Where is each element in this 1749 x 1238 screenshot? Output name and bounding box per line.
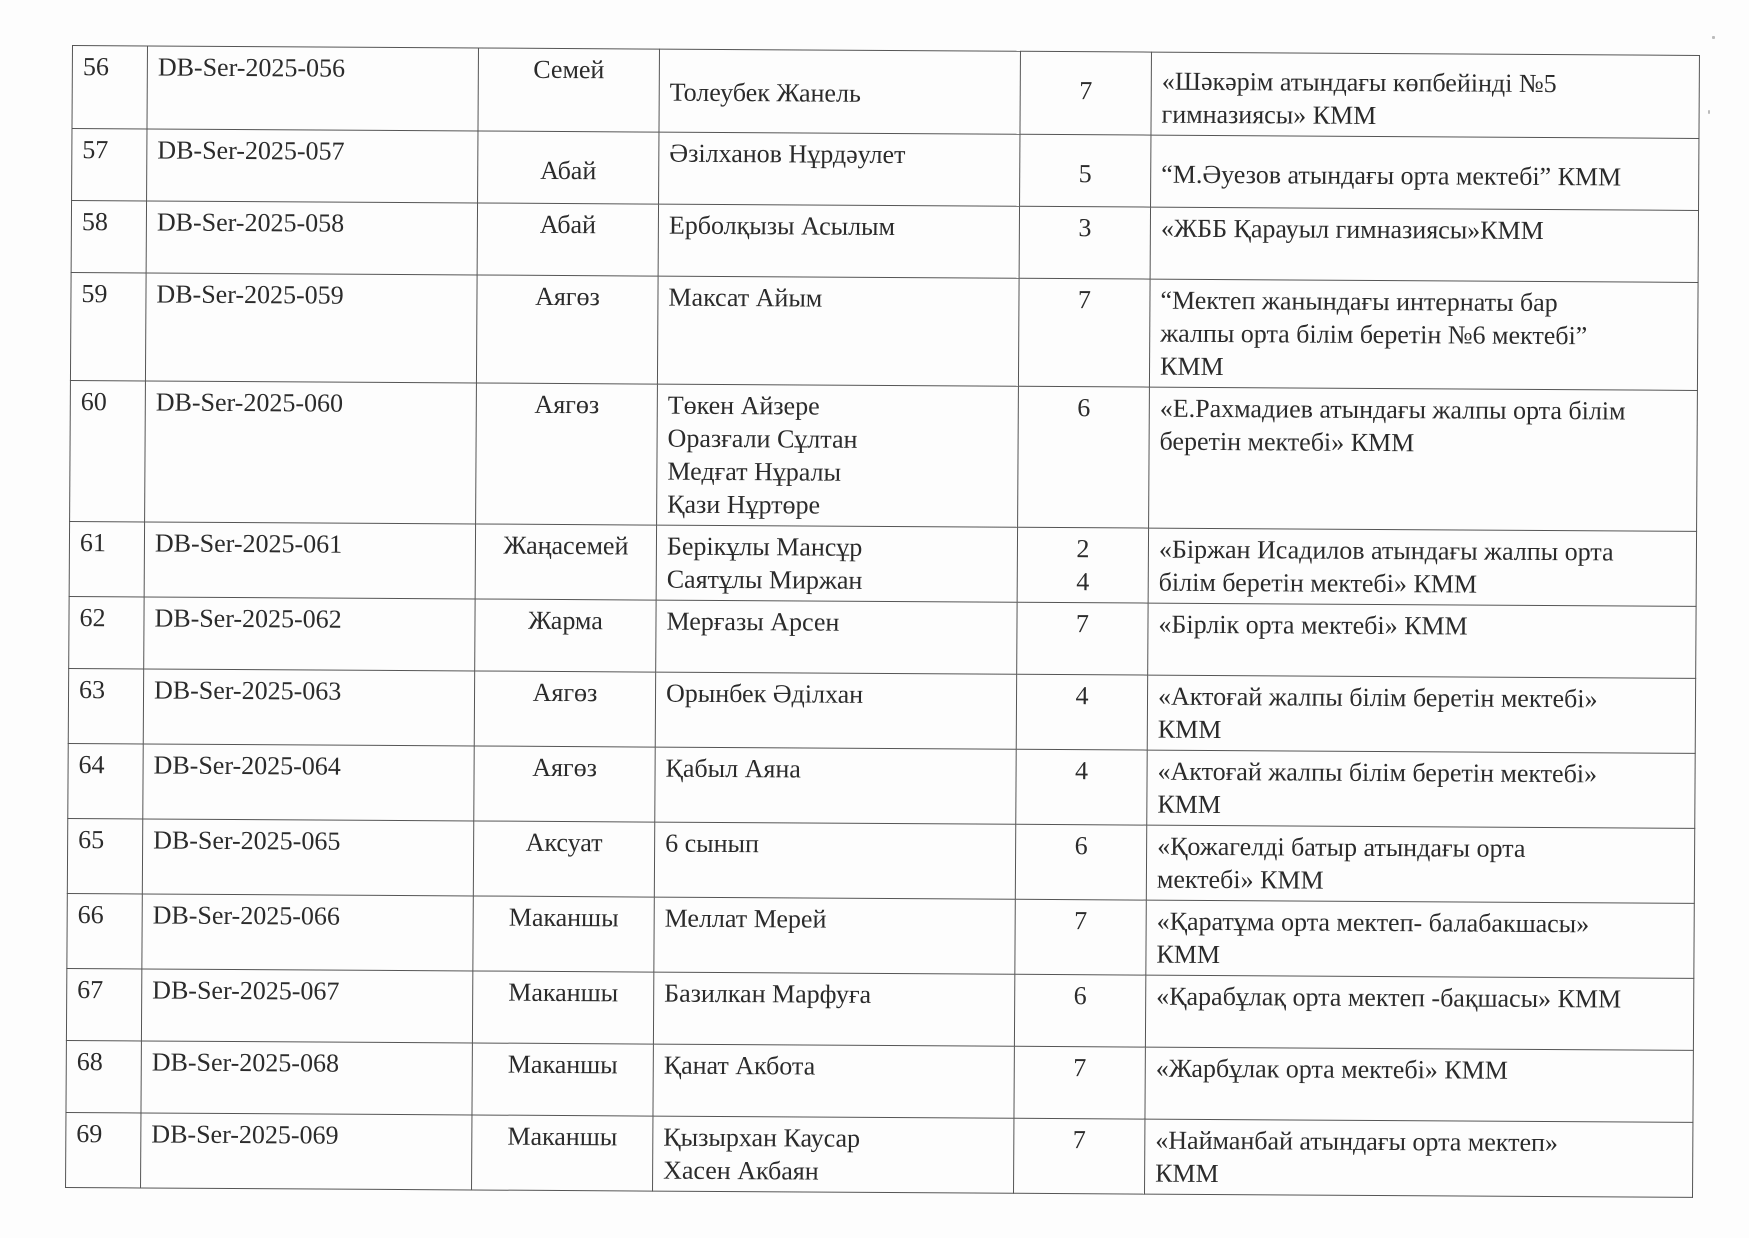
student-names-cell: Төкен АйзереОразғали СұлтанМедғат Нұралы… xyxy=(657,384,1019,527)
row-number-cell: 69 xyxy=(66,1112,141,1187)
school-cell-text: «Қарабұлақ орта мектеп -бақшасы» КММ xyxy=(1156,980,1683,1016)
student-names-cell-text: Меллат Мерей xyxy=(665,902,1005,937)
school-cell-text: «Шәкәрім атындағы көпбейінді №5 xyxy=(1162,65,1689,101)
student-names-cell-text: Қази Нұртөре xyxy=(667,488,1007,523)
student-names-cell-text: Қабыл Аяна xyxy=(665,752,1005,787)
district-cell: Аягөз xyxy=(476,383,658,525)
school-cell-text: КММ xyxy=(1160,350,1687,386)
table-row: 65DB-Ser-2025-065Аксуат6 сынып6«Қожагелд… xyxy=(67,818,1694,903)
student-names-cell: Берікұлы МансұрСаятұлы Миржан xyxy=(656,525,1017,602)
student-names-cell-text: Саятұлы Миржан xyxy=(667,563,1007,598)
school-cell-text: “Мектеп жанындағы интернаты бар xyxy=(1160,284,1687,320)
grade-cell-text: 6 xyxy=(1026,829,1136,863)
district-cell-text: Абай xyxy=(488,154,648,188)
grade-cell-text: 3 xyxy=(1030,211,1140,245)
registration-code-cell: DB-Ser-2025-059 xyxy=(145,273,477,383)
row-number-cell: 64 xyxy=(68,743,143,818)
registration-code-cell: DB-Ser-2025-058 xyxy=(146,201,477,275)
registration-code-cell-text: DB-Ser-2025-068 xyxy=(152,1046,462,1081)
student-names-cell: Мерғазы Арсен xyxy=(656,600,1017,674)
grade-cell-text: 4 xyxy=(1028,565,1138,599)
district-cell: Маканшы xyxy=(473,896,654,972)
school-cell: «Қарабұлақ орта мектеп -бақшасы» КММ xyxy=(1145,975,1693,1050)
row-number-cell-text: 64 xyxy=(79,748,133,781)
school-cell: “Мектеп жанындағы интернаты баржалпы орт… xyxy=(1149,279,1698,390)
school-cell-text: «Бірлік орта мектебі» КММ xyxy=(1158,608,1685,644)
registration-code-cell-text: DB-Ser-2025-069 xyxy=(151,1118,461,1153)
grade-cell-text: 6 xyxy=(1029,391,1139,425)
school-cell-text: «ЖББ Қарауыл гимназиясы»КММ xyxy=(1161,212,1688,248)
participants-table: 56DB-Ser-2025-056СемейТолеубек Жанель7«Ш… xyxy=(65,45,1700,1198)
table-row: 69DB-Ser-2025-069МаканшыҚызырхан КаусарХ… xyxy=(66,1112,1693,1197)
row-number-cell-text: 56 xyxy=(83,50,137,83)
row-number-cell-text: 63 xyxy=(79,673,133,706)
district-cell: Жаңасемей xyxy=(475,524,656,600)
grade-cell: 7 xyxy=(1015,899,1146,975)
registration-code-cell-text: DB-Ser-2025-061 xyxy=(155,527,465,562)
district-cell: Аягөз xyxy=(474,746,655,822)
school-cell: «Шәкәрім атындағы көпбейінді №5гимназияс… xyxy=(1151,52,1699,138)
student-names-cell-text: 6 сынып xyxy=(665,827,1005,862)
registration-code-cell-text: DB-Ser-2025-062 xyxy=(154,602,464,637)
district-cell-text: Жарма xyxy=(485,604,645,638)
grade-cell-text: 7 xyxy=(1029,283,1139,317)
registration-code-cell: DB-Ser-2025-064 xyxy=(143,744,474,821)
grade-cell: 6 xyxy=(1018,386,1150,528)
school-cell: «Актоғай жалпы білім беретін мектебі»КММ xyxy=(1147,750,1695,828)
grade-cell-text: 7 xyxy=(1024,1123,1134,1157)
grade-cell: 4 xyxy=(1016,749,1147,825)
row-number-cell-text: 62 xyxy=(79,601,133,634)
row-number-cell: 63 xyxy=(68,668,143,743)
row-number-cell: 56 xyxy=(72,46,148,129)
registration-code-cell: DB-Ser-2025-069 xyxy=(141,1113,472,1190)
district-cell: Маканшы xyxy=(472,971,653,1044)
row-number-cell-text: 59 xyxy=(81,277,135,310)
registration-code-cell: DB-Ser-2025-063 xyxy=(143,669,474,746)
grade-cell: 7 xyxy=(1017,602,1148,675)
school-cell-text: «Біржан Исадилов атындағы жалпы орта xyxy=(1159,533,1686,569)
table-row: 61DB-Ser-2025-061ЖаңасемейБерікұлы Мансұ… xyxy=(69,521,1696,606)
district-cell: Аягөз xyxy=(476,275,658,384)
grade-cell: 24 xyxy=(1017,527,1148,603)
grade-cell: 5 xyxy=(1020,134,1151,207)
district-cell: Маканшы xyxy=(472,1115,653,1191)
student-names-cell-text: Мерғазы Арсен xyxy=(666,605,1006,640)
grade-cell: 7 xyxy=(1020,51,1152,135)
school-cell-text: «Е.Рахмадиев атындағы жалпы орта білім xyxy=(1160,392,1687,428)
school-cell: «Қаратұма орта мектеп- балабакшасы»КММ xyxy=(1146,900,1694,978)
row-number-cell-text: 57 xyxy=(82,133,136,166)
grade-cell-text: 4 xyxy=(1027,679,1137,713)
scanned-document-page: 56DB-Ser-2025-056СемейТолеубек Жанель7«Ш… xyxy=(0,0,1749,1238)
registration-code-cell: DB-Ser-2025-068 xyxy=(141,1041,472,1115)
scan-speck xyxy=(1708,110,1710,114)
student-names-cell-text: Максат Айым xyxy=(668,281,1008,316)
district-cell: Аксуат xyxy=(473,821,654,897)
school-cell-text: мектебі» КММ xyxy=(1157,863,1684,899)
table-row: 56DB-Ser-2025-056СемейТолеубек Жанель7«Ш… xyxy=(72,46,1699,139)
registration-code-cell-text: DB-Ser-2025-065 xyxy=(153,824,463,859)
student-names-cell: Базилкан Марфуға xyxy=(653,972,1014,1046)
student-names-cell: Қызырхан КаусарХасен Акбаян xyxy=(653,1116,1014,1193)
school-cell: «Біржан Исадилов атындағы жалпы ортабілі… xyxy=(1148,528,1696,606)
registration-code-cell: DB-Ser-2025-061 xyxy=(144,522,475,599)
registration-code-cell-text: DB-Ser-2025-063 xyxy=(154,674,464,709)
registration-code-cell: DB-Ser-2025-062 xyxy=(144,597,475,671)
row-number-cell-text: 67 xyxy=(77,973,131,1006)
school-cell-text: гимназиясы» КММ xyxy=(1161,98,1688,134)
school-cell: “М.Әуезов атындағы орта мектебі” КММ xyxy=(1151,135,1699,210)
row-number-cell-text: 65 xyxy=(78,823,132,856)
school-cell: «ЖББ Қарауыл гимназиясы»КММ xyxy=(1150,207,1698,282)
school-cell-text: білім беретін мектебі» КММ xyxy=(1159,566,1686,602)
row-number-cell-text: 58 xyxy=(82,205,136,238)
student-names-cell: Толеубек Жанель xyxy=(659,49,1021,134)
table-row: 66DB-Ser-2025-066МаканшыМеллат Мерей7«Қа… xyxy=(67,893,1694,978)
school-cell-text: КММ xyxy=(1158,713,1685,749)
registration-code-cell-text: DB-Ser-2025-058 xyxy=(157,206,467,241)
table-row: 57DB-Ser-2025-057АбайӘзілханов Нұрдәулет… xyxy=(72,129,1699,211)
student-names-cell-text: Әзілханов Нұрдәулет xyxy=(669,137,1009,172)
registration-code-cell: DB-Ser-2025-066 xyxy=(142,894,473,971)
grade-cell-text: 2 xyxy=(1028,532,1138,566)
grade-cell-text: 7 xyxy=(1031,74,1141,108)
district-cell-text: Абай xyxy=(488,208,648,242)
district-cell-text: Маканшы xyxy=(482,1120,642,1154)
student-names-cell-text: Ерболқызы Асылым xyxy=(669,209,1009,244)
student-names-cell-text: Қызырхан Каусар xyxy=(663,1121,1003,1156)
registration-code-cell: DB-Ser-2025-065 xyxy=(142,819,473,896)
student-names-cell: Әзілханов Нұрдәулет xyxy=(659,132,1020,206)
school-cell-text: жалпы орта білім беретін №6 мектебі” xyxy=(1160,317,1687,353)
registration-code-cell-text: DB-Ser-2025-059 xyxy=(156,278,466,313)
district-cell-text: Аягөз xyxy=(484,751,644,785)
school-cell: «Найманбай атындағы орта мектеп»КММ xyxy=(1145,1119,1693,1197)
table-row: 63DB-Ser-2025-063АягөзОрынбек Әділхан4«А… xyxy=(68,668,1695,753)
grade-cell-text: 6 xyxy=(1025,979,1135,1013)
registration-code-cell: DB-Ser-2025-060 xyxy=(145,381,477,524)
district-cell-text: Аксуат xyxy=(484,826,644,860)
table-row: 62DB-Ser-2025-062Жарма Мерғазы Арсен7«Бі… xyxy=(69,596,1696,678)
district-cell-text: Маканшы xyxy=(483,976,643,1010)
table-row: 58DB-Ser-2025-058АбайЕрболқызы Асылым3«Ж… xyxy=(71,201,1698,283)
student-names-cell-text: Оразғали Сұлтан xyxy=(668,422,1008,457)
grade-cell-text: 4 xyxy=(1026,754,1136,788)
registration-code-cell-text: DB-Ser-2025-067 xyxy=(152,974,462,1009)
registration-code-cell-text: DB-Ser-2025-066 xyxy=(153,899,463,934)
grade-cell: 7 xyxy=(1014,1046,1145,1119)
school-cell-text: «Актоғай жалпы білім беретін мектебі» xyxy=(1158,680,1685,716)
school-cell: «Жарбұлак орта мектебі» КММ xyxy=(1145,1047,1693,1122)
district-cell: Абай xyxy=(478,131,659,204)
school-cell: «Актоғай жалпы білім беретін мектебі»КММ xyxy=(1147,675,1695,753)
row-number-cell: 58 xyxy=(71,201,146,273)
row-number-cell: 57 xyxy=(72,129,147,201)
grade-cell: 6 xyxy=(1015,824,1146,900)
row-number-cell: 60 xyxy=(70,380,146,521)
row-number-cell: 66 xyxy=(67,893,142,968)
grade-cell: 6 xyxy=(1014,974,1145,1047)
participants-table-body: 56DB-Ser-2025-056СемейТолеубек Жанель7«Ш… xyxy=(66,46,1700,1198)
row-number-cell-text: 69 xyxy=(76,1117,130,1150)
district-cell: Семей xyxy=(478,48,660,132)
grade-cell: 3 xyxy=(1019,206,1150,279)
table-row: 68DB-Ser-2025-068МаканшыҚанат Акбота7«Жа… xyxy=(66,1040,1693,1122)
school-cell-text: КММ xyxy=(1156,938,1683,974)
row-number-cell-text: 60 xyxy=(81,385,135,418)
district-cell-text: Аягөз xyxy=(487,280,647,314)
student-names-cell-text: Базилкан Марфуға xyxy=(664,977,1004,1012)
district-cell: Жарма xyxy=(475,599,656,672)
school-cell-text: беретін мектебі» КММ xyxy=(1159,425,1686,461)
table-row: 60DB-Ser-2025-060АягөзТөкен АйзереОразға… xyxy=(70,380,1698,531)
scan-speck xyxy=(1712,36,1715,39)
school-cell-text: «Жарбұлак орта мектебі» КММ xyxy=(1156,1052,1683,1088)
row-number-cell: 67 xyxy=(66,968,141,1040)
school-cell: «Бірлік орта мектебі» КММ xyxy=(1148,603,1696,678)
district-cell-text: Аягөз xyxy=(485,676,645,710)
grade-cell-text: 7 xyxy=(1027,607,1137,641)
school-cell-text: «Актоғай жалпы білім беретін мектебі» xyxy=(1157,755,1684,791)
row-number-cell: 68 xyxy=(66,1040,141,1112)
student-names-cell: Максат Айым xyxy=(657,276,1019,386)
student-names-cell-text: Төкен Айзере xyxy=(668,389,1008,424)
row-number-cell: 61 xyxy=(69,521,144,596)
grade-cell-text: 7 xyxy=(1026,904,1136,938)
district-cell: Маканшы xyxy=(472,1043,653,1116)
student-names-cell-text: Орынбек Әділхан xyxy=(666,677,1006,712)
student-names-cell: Қабыл Аяна xyxy=(655,747,1016,824)
school-cell-text: «Қожагелді батыр атындағы орта xyxy=(1157,830,1684,866)
school-cell-text: КММ xyxy=(1155,1157,1682,1193)
table-row: 59DB-Ser-2025-059АягөзМаксат Айым7“Мекте… xyxy=(70,272,1698,390)
district-cell-text: Аягөз xyxy=(487,388,647,422)
student-names-cell: Орынбек Әділхан xyxy=(655,672,1016,749)
student-names-cell: Қанат Акбота xyxy=(653,1044,1014,1118)
district-cell-text: Семей xyxy=(489,53,649,87)
district-cell-text: Маканшы xyxy=(483,1048,643,1082)
table-row: 64DB-Ser-2025-064АягөзҚабыл Аяна4«Актоға… xyxy=(68,743,1695,828)
registration-code-cell: DB-Ser-2025-057 xyxy=(147,129,478,203)
school-cell-text: “М.Әуезов атындағы орта мектебі” КММ xyxy=(1161,158,1688,194)
row-number-cell: 62 xyxy=(69,596,144,668)
row-number-cell-text: 66 xyxy=(78,898,132,931)
grade-cell: 7 xyxy=(1018,278,1150,387)
student-names-cell-text: Хасен Акбаян xyxy=(663,1154,1003,1189)
registration-code-cell-text: DB-Ser-2025-056 xyxy=(158,51,468,86)
school-cell-text: КММ xyxy=(1157,788,1684,824)
grade-cell-text: 7 xyxy=(1025,1051,1135,1085)
district-cell-text: Маканшы xyxy=(484,901,644,935)
school-cell: «Е.Рахмадиев атындағы жалпы орта білімбе… xyxy=(1149,387,1698,531)
grade-cell: 7 xyxy=(1014,1118,1145,1194)
registration-code-cell: DB-Ser-2025-067 xyxy=(141,969,472,1043)
registration-code-cell-text: DB-Ser-2025-064 xyxy=(154,749,464,784)
school-cell-text: «Қаратұма орта мектеп- балабакшасы» xyxy=(1157,905,1684,941)
student-names-cell: Ерболқызы Асылым xyxy=(658,204,1019,278)
table-row: 67DB-Ser-2025-067МаканшыБазилкан Марфуға… xyxy=(66,968,1693,1050)
row-number-cell-text: 68 xyxy=(77,1045,131,1078)
registration-code-cell-text: DB-Ser-2025-057 xyxy=(157,134,467,169)
grade-cell: 4 xyxy=(1016,674,1147,750)
district-cell: Аягөз xyxy=(474,671,655,747)
registration-code-cell: DB-Ser-2025-056 xyxy=(147,46,479,131)
row-number-cell-text: 61 xyxy=(80,526,134,559)
registration-code-cell-text: DB-Ser-2025-060 xyxy=(156,386,466,421)
student-names-cell: Меллат Мерей xyxy=(654,897,1015,974)
student-names-cell: 6 сынып xyxy=(654,822,1015,899)
school-cell: «Қожагелді батыр атындағы ортамектебі» К… xyxy=(1146,825,1694,903)
grade-cell-text: 5 xyxy=(1030,157,1140,191)
student-names-cell-text: Толеубек Жанель xyxy=(670,76,1010,111)
district-cell-text: Жаңасемей xyxy=(486,529,646,563)
row-number-cell: 65 xyxy=(67,818,142,893)
student-names-cell-text: Медғат Нұралы xyxy=(667,455,1007,490)
district-cell: Абай xyxy=(477,203,658,276)
row-number-cell: 59 xyxy=(70,272,146,380)
student-names-cell-text: Берікұлы Мансұр xyxy=(667,530,1007,565)
student-names-cell-text: Қанат Акбота xyxy=(664,1049,1004,1084)
school-cell-text: «Найманбай атындағы орта мектеп» xyxy=(1155,1124,1682,1160)
